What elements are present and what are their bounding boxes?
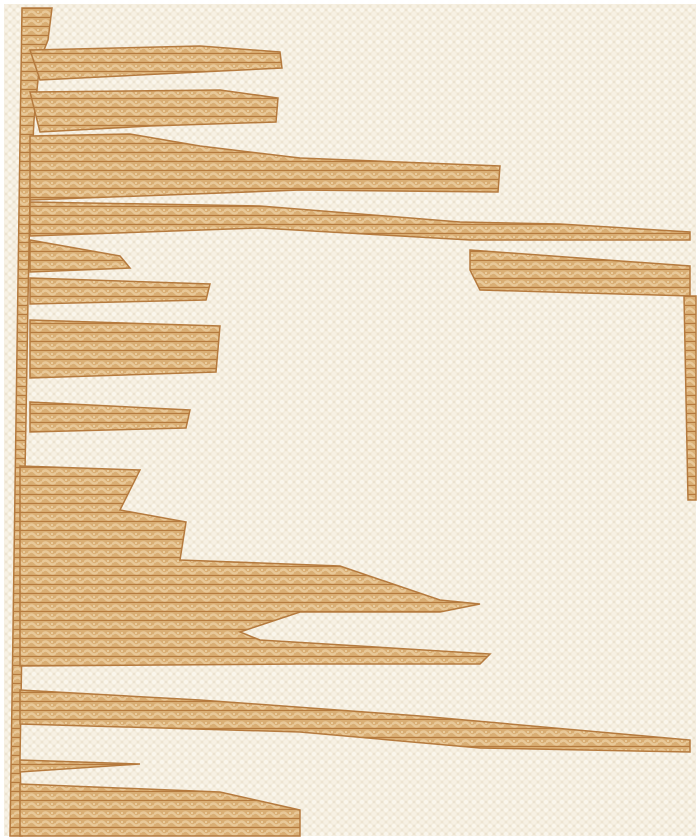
- rug-texture-illustration: [0, 0, 700, 840]
- rug-photo: [0, 0, 700, 840]
